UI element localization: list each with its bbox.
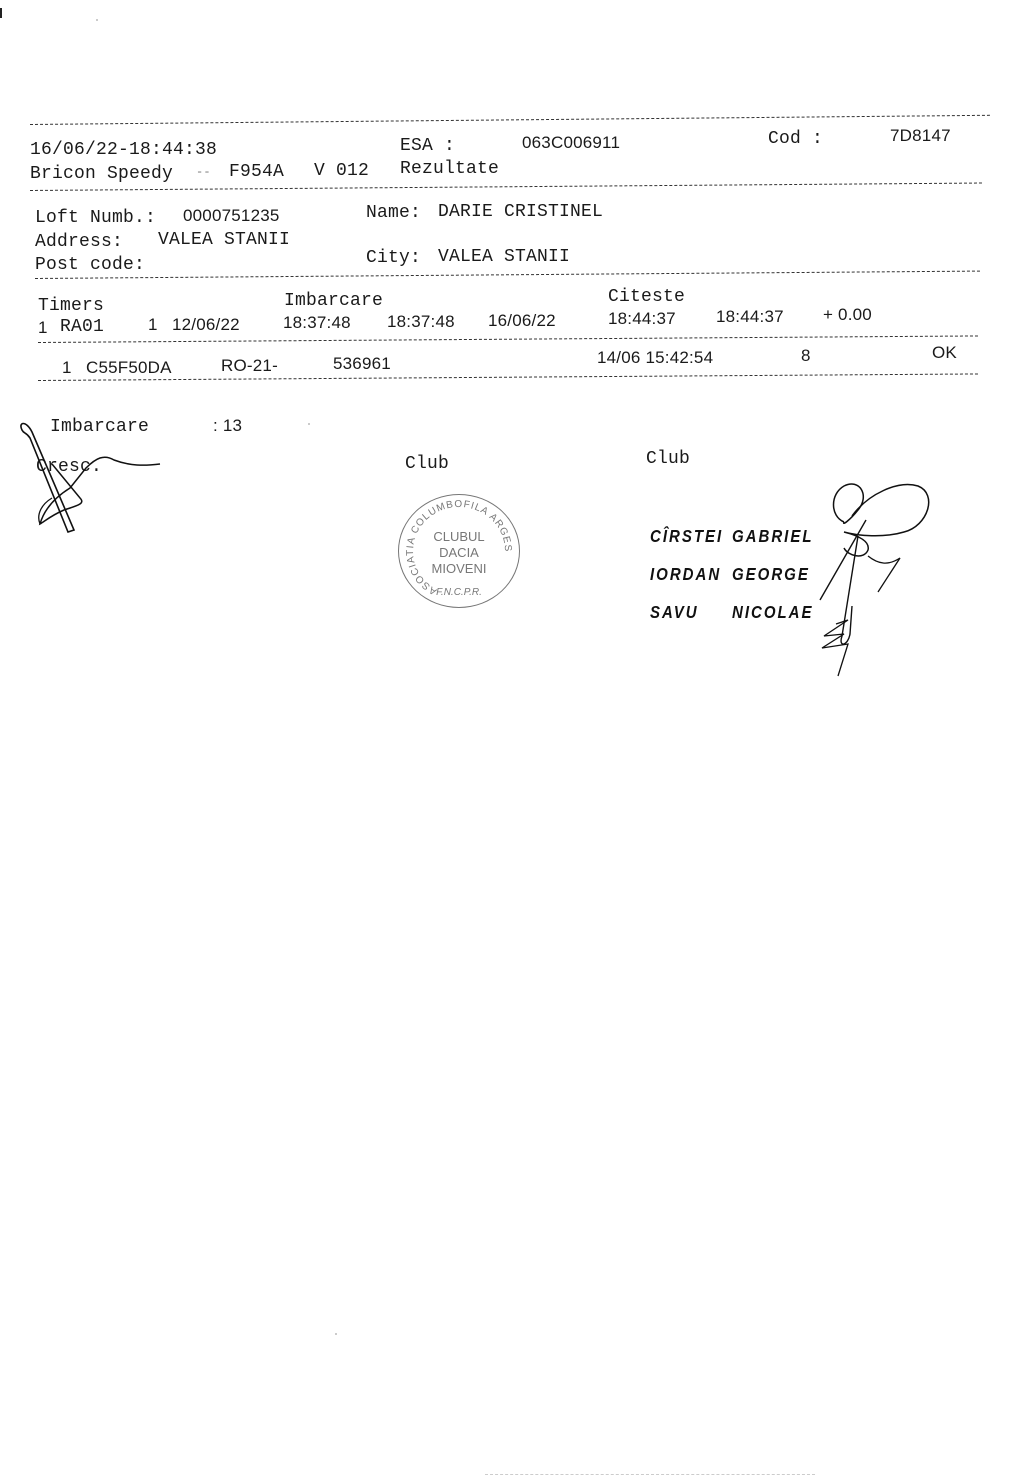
fancier-signature-icon: [14, 418, 174, 543]
clock-offset: + 0.00: [823, 305, 872, 325]
club-label-right: Club: [646, 449, 690, 469]
imbarcare-time-2: 18:37:48: [387, 312, 455, 332]
member-first-name: CÎRSTEI: [650, 518, 732, 556]
esa-value: 063C006911: [522, 133, 620, 153]
chip-id: C55F50DA: [86, 358, 172, 378]
member-last-name: GEORGE: [732, 556, 810, 594]
device-separator: --: [196, 162, 211, 182]
device-code: F954A: [229, 162, 284, 182]
result-code: 8: [801, 346, 811, 366]
address-label: Address:: [35, 232, 123, 252]
club-label-left: Club: [405, 454, 449, 474]
result-status: OK: [932, 343, 957, 363]
loft-number-value: 0000751235: [183, 206, 280, 226]
imbarcare-total-value: : 13: [213, 416, 242, 436]
scan-bottom-artifact: [485, 1474, 815, 1475]
timer-index: 1: [38, 318, 48, 338]
ring-number: 536961: [333, 354, 391, 374]
committee-member: IORDAN GEORGE: [650, 556, 814, 594]
post-code-label: Post code:: [35, 255, 145, 275]
cod-value: 7D8147: [890, 126, 951, 146]
imbarcare-heading: Imbarcare: [284, 291, 383, 311]
scan-speck: [335, 1333, 337, 1335]
result-index: 1: [62, 358, 72, 378]
esa-label: ESA :: [400, 136, 455, 156]
member-last-name: GABRIEL: [732, 518, 814, 556]
stamp-line-1: CLUBUL: [399, 529, 519, 545]
race-result-printout: 16/06/22-18:44:38 ESA : 063C006911 Cod :…: [0, 0, 1024, 1482]
member-last-name: NICOLAE: [732, 594, 814, 632]
committee-list: CÎRSTEI GABRIEL IORDAN GEORGE SAVU NICOL…: [650, 518, 814, 632]
city-value: VALEA STANII: [438, 247, 570, 267]
stamp-line-3: MIOVENI: [399, 561, 519, 577]
citeste-heading: Citeste: [608, 287, 685, 307]
device-name: Bricon Speedy: [30, 164, 173, 184]
scan-speck: [308, 423, 310, 425]
divider: [38, 335, 978, 343]
divider: [35, 271, 980, 279]
scan-speck: [96, 19, 98, 21]
club-signature-icon: [808, 476, 938, 681]
stamp-bottom-text: F.N.C.P.R.: [399, 587, 519, 598]
committee-member: CÎRSTEI GABRIEL: [650, 518, 814, 556]
timer-id: RA01: [60, 317, 104, 337]
committee-member: SAVU NICOLAE: [650, 594, 814, 632]
fancier-name: DARIE CRISTINEL: [438, 202, 603, 222]
city-label: City:: [366, 248, 421, 268]
club-stamp: ASOCIATIA COLUMBOFILA ARGES CLUBUL DACIA…: [398, 494, 520, 608]
address-value: VALEA STANII: [158, 230, 290, 250]
firmware-version: V 012: [314, 161, 369, 181]
stamp-line-2: DACIA: [399, 545, 519, 561]
loft-number-label: Loft Numb.:: [35, 208, 156, 228]
divider: [30, 115, 990, 125]
imbarcare-date: 12/06/22: [172, 315, 240, 335]
citeste-time-2: 18:44:37: [716, 307, 784, 327]
print-timestamp: 16/06/22-18:44:38: [30, 140, 217, 160]
timer-count: 1: [148, 315, 158, 335]
citeste-time-1: 18:44:37: [608, 309, 676, 329]
scan-edge-mark: [0, 8, 2, 18]
cod-label: Cod :: [768, 129, 823, 149]
member-first-name: IORDAN: [650, 556, 732, 594]
member-first-name: SAVU: [650, 594, 732, 632]
name-label: Name:: [366, 203, 421, 223]
report-type: Rezultate: [400, 159, 499, 179]
timers-heading: Timers: [38, 296, 104, 316]
ring-prefix: RO-21-: [221, 356, 278, 376]
divider: [38, 373, 978, 381]
imbarcare-time-1: 18:37:48: [283, 313, 351, 333]
arrival-time: 14/06 15:42:54: [597, 348, 713, 368]
citeste-date: 16/06/22: [488, 311, 556, 331]
